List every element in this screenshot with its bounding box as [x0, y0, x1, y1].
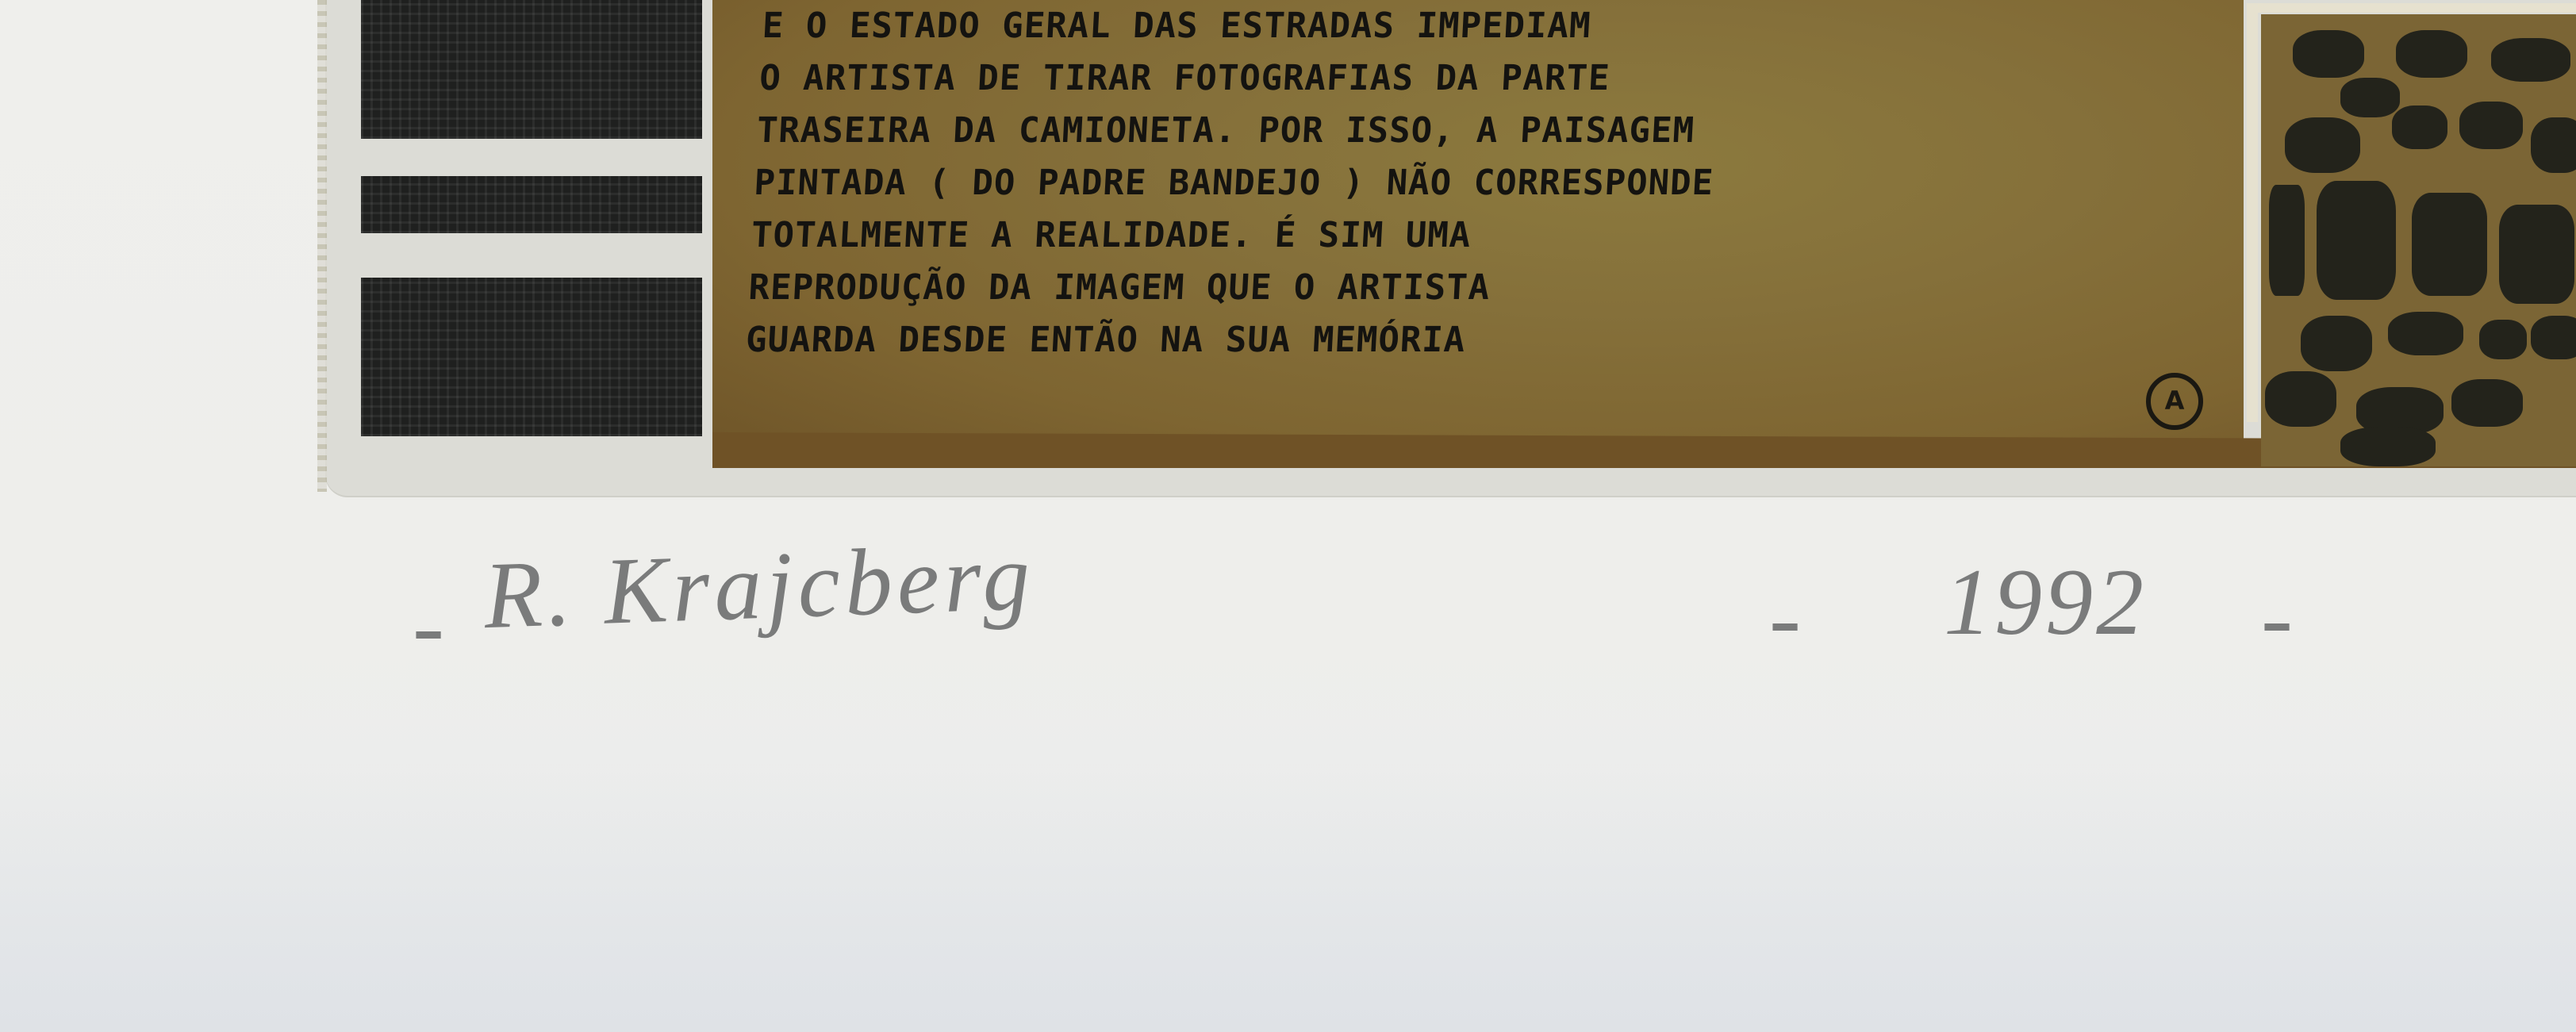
cobblestone-shape [2265, 371, 2336, 427]
cobblestone-shape [2491, 38, 2570, 82]
inscription-line: REPRODUÇÃO DA IMAGEM QUE O ARTISTA [747, 262, 1900, 314]
signature-dash-left: - [413, 571, 444, 681]
inscription-line: E O ESTADO GERAL DAS ESTRADAS IMPEDIAM [761, 0, 1914, 52]
cobblestone-shape [2392, 106, 2447, 149]
crosshatched-dark-block-bottom [361, 278, 702, 436]
inscription-line: GUARDA DESDE ENTÃO NA SUA MEMÓRIA [744, 314, 1897, 366]
inscription-line: PINTADA ( DO PADRE BANDEJO ) NÃO CORRESP… [753, 157, 1906, 209]
cobblestone-shape [2340, 78, 2400, 117]
cobblestone-shape [2340, 427, 2436, 466]
inscription-line: TOTALMENTE A REALIDADE. É SIM UMA [750, 209, 1902, 262]
etched-inscription: E O ESTADO GERAL DAS ESTRADAS IMPEDIAM O… [743, 0, 1914, 381]
cobblestone-shape [2479, 320, 2527, 359]
cobblestone-shape [2451, 379, 2523, 427]
cobblestone-shape [2293, 30, 2364, 78]
cobblestone-shape [2285, 117, 2360, 173]
cobblestone-shape [2412, 193, 2487, 296]
cobblestone-pattern-panel [2261, 14, 2576, 466]
cobblestone-shape [2388, 312, 2463, 355]
cobblestone-shape [2317, 181, 2396, 300]
crosshatched-dark-block-top [361, 0, 702, 139]
signature-dash-middle: - [1769, 563, 1801, 673]
cobblestone-shape [2396, 30, 2467, 78]
plate-edge [317, 0, 327, 492]
cobblestone-shape [2531, 316, 2576, 359]
cobblestone-shape [2459, 102, 2523, 149]
pencil-signature: - R. Krajcberg - 1992 - [413, 516, 2317, 722]
paper-margin-shadow [0, 762, 2576, 1032]
light-vertical-divider [2247, 10, 2258, 422]
cobblestone-shape [2499, 205, 2574, 304]
artist-signature-name: R. Krajcberg [482, 522, 1037, 650]
light-horizontal-divider [2247, 3, 2576, 13]
inscription-line: O ARTISTA DE TIRAR FOTOGRAFIAS DA PARTE [758, 52, 1911, 105]
cobblestone-shape [2301, 316, 2372, 371]
cobblestone-shape [2531, 117, 2576, 173]
circled-a-plate-mark-icon: A [2146, 373, 2203, 430]
signature-year: 1992 [1944, 547, 2147, 657]
inscription-line: TRASEIRA DA CAMIONETA. POR ISSO, A PAISA… [755, 105, 1908, 157]
crosshatched-dark-band-middle [361, 176, 702, 233]
signature-dash-right: - [2261, 563, 2293, 673]
cobblestone-shape [2269, 185, 2305, 296]
